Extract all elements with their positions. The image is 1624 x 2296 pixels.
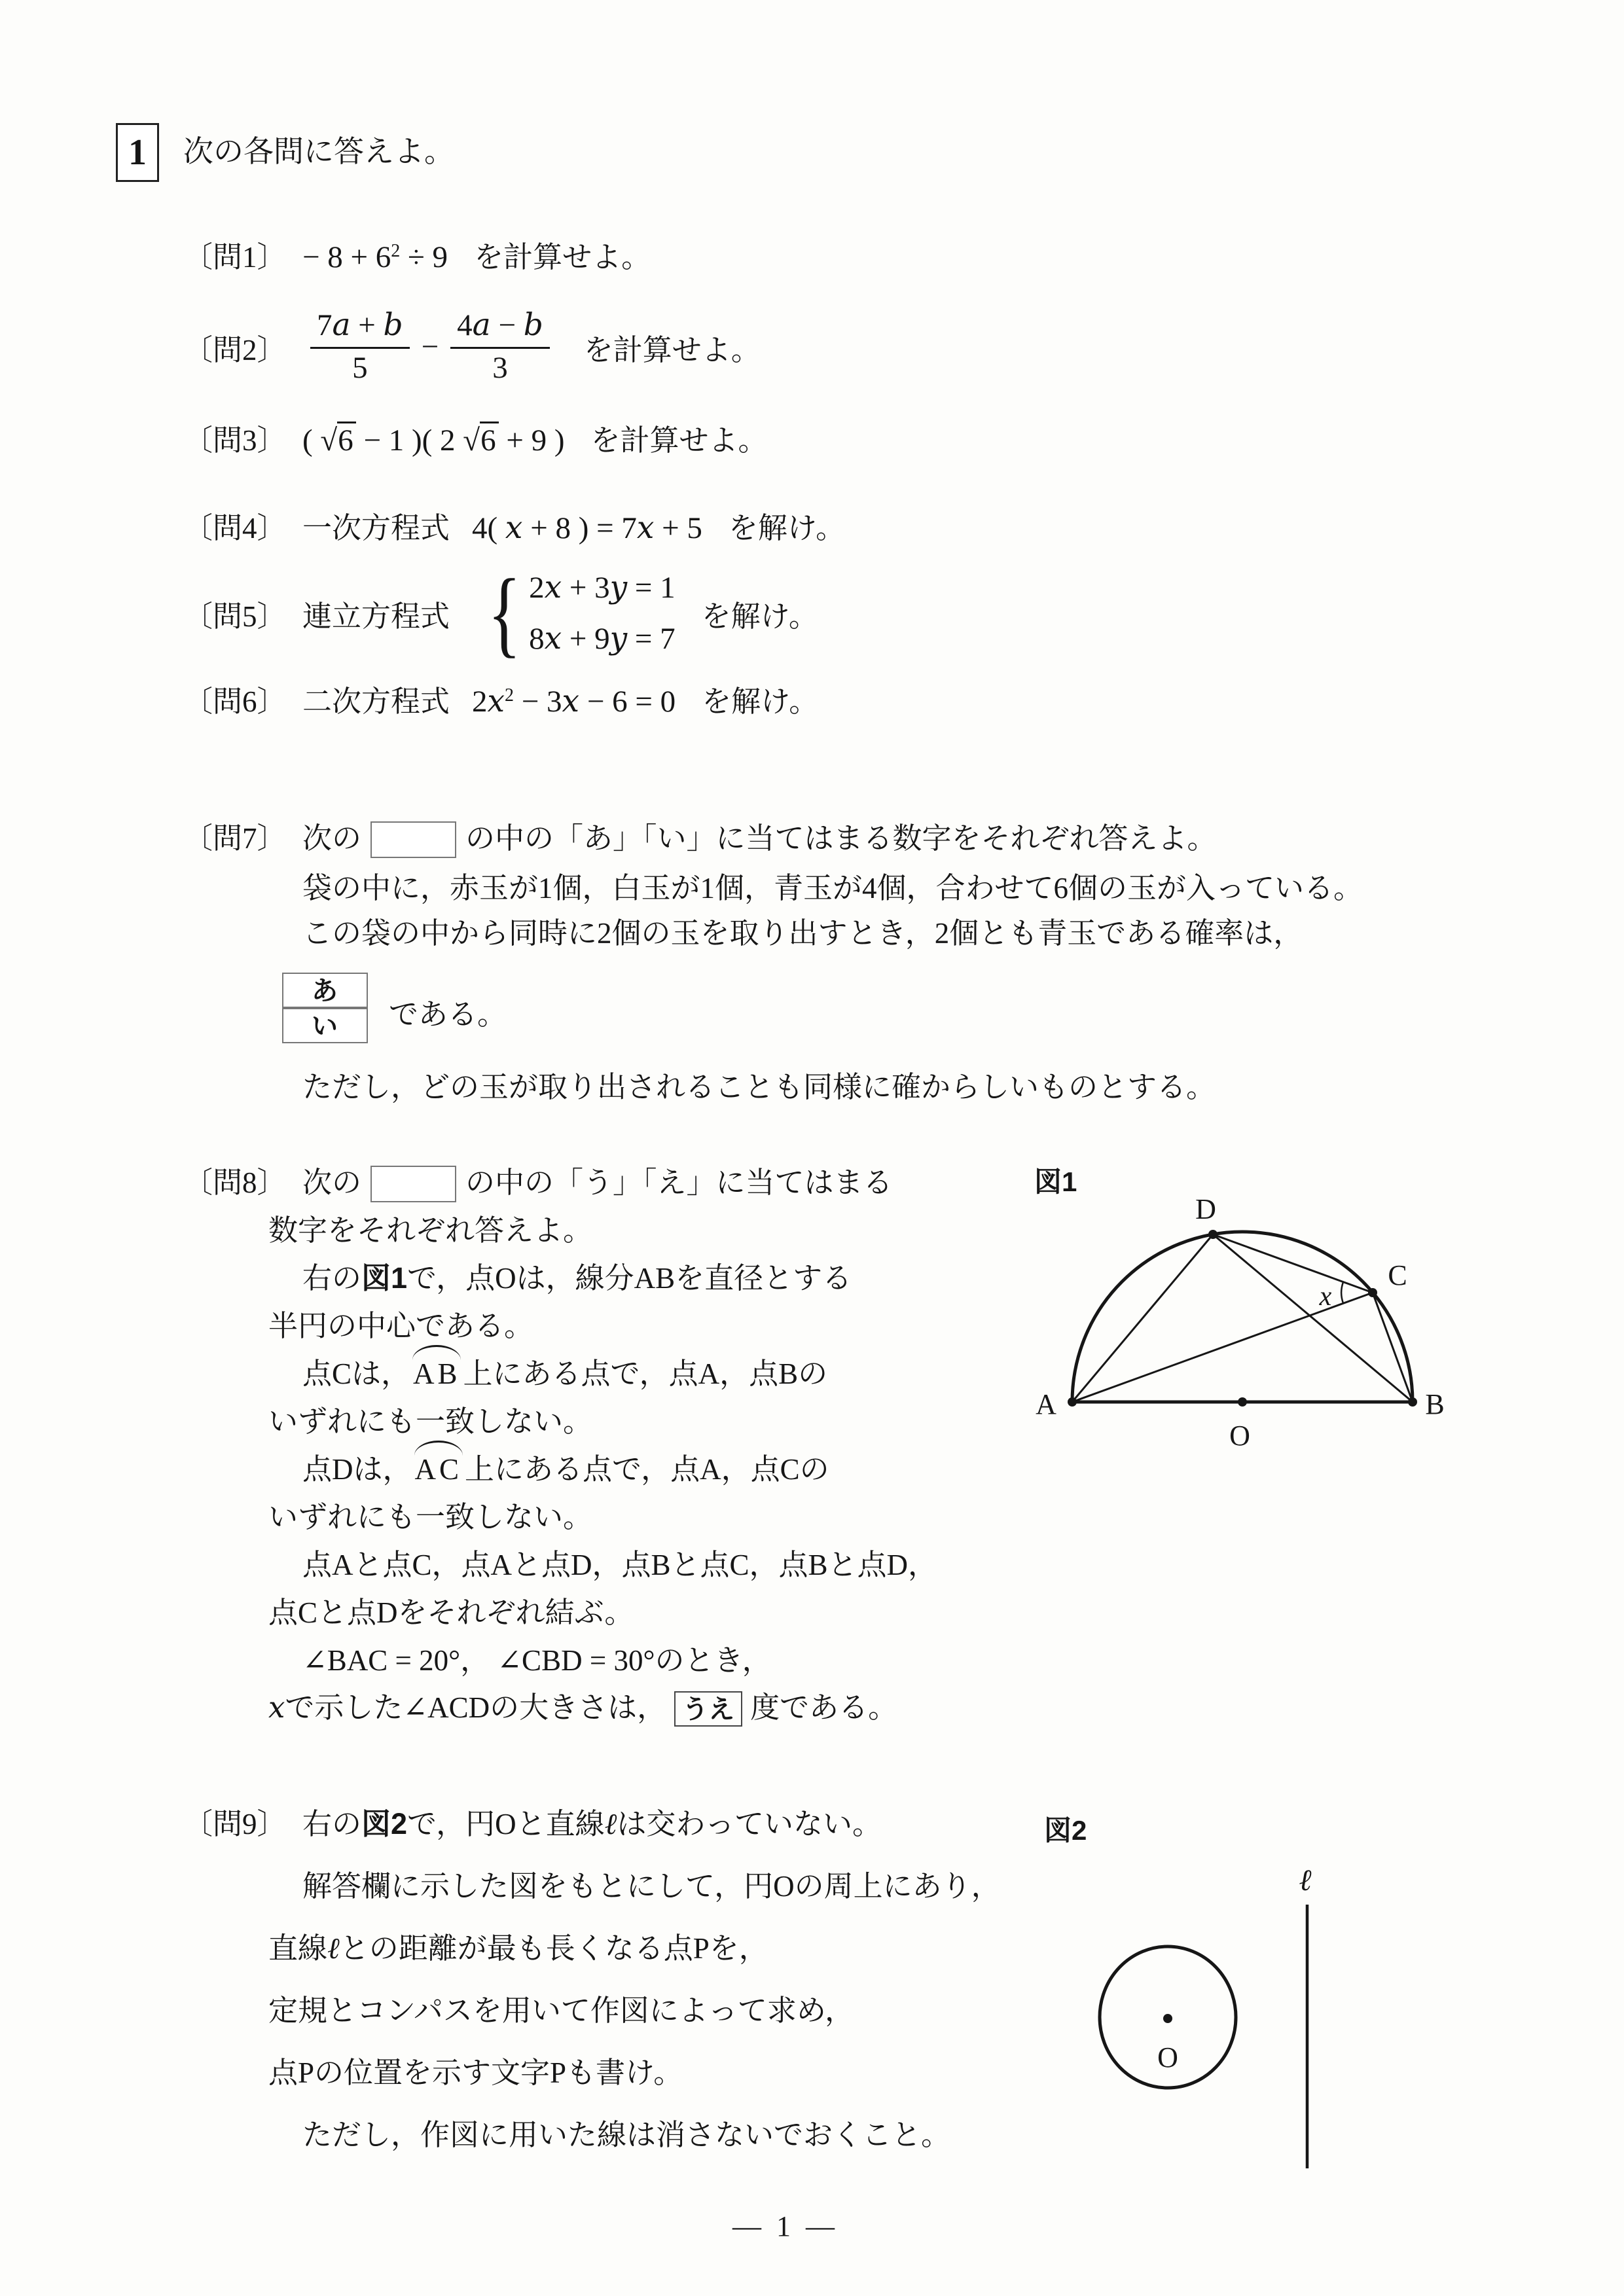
- q9-line-5: 点Pの位置を示す文字Pも書け。: [268, 2053, 683, 2093]
- q9-l3-pre: 直線: [268, 1932, 327, 1965]
- q2-fraction-1: 7a + b 5: [310, 308, 410, 385]
- q9-line-ell-symbol: ℓ: [605, 1806, 617, 1841]
- q4-label: 〔問4〕: [183, 507, 302, 549]
- q8-line-4: 半円の中心である。: [268, 1306, 533, 1346]
- q8-l5-pre: 点Cは，: [302, 1357, 410, 1390]
- q8-arc-AC-text: AC: [415, 1453, 463, 1486]
- q5-equation-2: 8x + 9y = 7: [529, 613, 676, 664]
- q7-answer-box-a: あ: [282, 973, 368, 1008]
- q2-n1-var-b: b: [384, 307, 403, 343]
- q2-n2-var-b: b: [524, 307, 543, 343]
- q8-l7-pre: 点Dは，: [302, 1453, 412, 1486]
- q8-answer-box-ue: うえ: [674, 1691, 742, 1727]
- point-A-dot: [1068, 1397, 1077, 1407]
- q1-expr-run2: ÷ 9: [400, 240, 448, 274]
- q8-l1-pre: 次の: [302, 1166, 361, 1199]
- q5-term: 連立方程式: [302, 592, 450, 635]
- point-B-dot: [1408, 1397, 1417, 1407]
- line-ell-label: ℓ: [1299, 1863, 1312, 1897]
- q3-mid-run: − 1 )( 2: [356, 423, 463, 457]
- q3-radicand-2: 6: [480, 422, 499, 457]
- q4-run2: + 8 ) = 7: [522, 511, 636, 545]
- q5-eq1-mid: + 3: [562, 571, 610, 605]
- chord-DC: [1213, 1234, 1373, 1293]
- q4-equation: 4( x + 8 ) = 7x + 5: [472, 511, 702, 545]
- q6-run3: − 6 = 0: [579, 685, 676, 719]
- q8-l7-post: 上にある点で，点A，点Cの: [465, 1453, 829, 1486]
- q6-run2: − 3: [514, 685, 562, 719]
- q3-radical-2: √: [463, 423, 480, 457]
- exam-page: 1 次の各問に答えよ。 〔問1〕− 8 + 62 ÷ 9を計算せよ。 〔問2〕 …: [0, 0, 1624, 2296]
- q3-instruction: を計算せよ。: [590, 424, 767, 457]
- q8-line-5: 点Cは，AB上にある点で，点A，点Bの: [302, 1354, 827, 1394]
- q3-radicand-1: 6: [337, 422, 356, 457]
- q8-line-9: 点Aと点C，点Aと点D，点Bと点C，点Bと点D，: [302, 1545, 937, 1585]
- q3-open-paren: (: [302, 423, 320, 457]
- q8-var-x: x: [268, 1690, 285, 1725]
- q9-line-3: 直線ℓとの距離が最も長くなる点Pを，: [268, 1928, 768, 1969]
- point-A-label: A: [1036, 1388, 1056, 1420]
- q9-line-2: 解答欄に示した図をもとにして，円Oの周上にあり，: [302, 1866, 1001, 1907]
- point-O-label: O: [1229, 1420, 1250, 1452]
- center-O-dot: [1163, 2014, 1172, 2023]
- arc-symbol: [412, 1345, 461, 1360]
- q5-eq1-var-x: x: [545, 569, 562, 605]
- q9-l1-mid: で，円Oと直線: [407, 1808, 605, 1840]
- q9-l3-ell-symbol: ℓ: [327, 1931, 340, 1965]
- q7-answer-box-i: い: [282, 1008, 368, 1043]
- q6-instruction: を解け。: [702, 685, 818, 718]
- q8-l3-pre: 右の: [302, 1262, 361, 1295]
- q2-instruction: を計算せよ。: [584, 326, 761, 368]
- q7-l1-pre: 次の: [302, 822, 361, 855]
- q2-n1-coef: 7: [317, 308, 333, 342]
- q7-dearu: である。: [389, 994, 507, 1035]
- q8-line-3: 右の図1で，点Oは，線分ABを直径とする: [302, 1258, 852, 1299]
- q2-frac2-numerator: 4a − b: [450, 308, 550, 349]
- figure2-circle-line-diagram: O ℓ: [1047, 1806, 1355, 2179]
- q5-eq2-rhs: = 7: [627, 622, 676, 656]
- q7-label: 〔問7〕: [183, 818, 302, 859]
- q5-equation-1: 2x + 3y = 1: [529, 562, 676, 613]
- q7-line-1: 〔問7〕次のの中の「あ」「い」に当てはまる数字をそれぞれ答えよ。: [183, 818, 1217, 859]
- q5-eq2-mid: + 9: [562, 622, 610, 656]
- q4-var-x2: x: [637, 510, 655, 546]
- q9-fig2-reference: 図2: [361, 1807, 407, 1840]
- q3-line: 〔問3〕( √6 − 1 )( 2 √6 + 9 )を計算せよ。: [183, 419, 768, 462]
- q5-eq2-coef1: 8: [529, 622, 545, 656]
- q5-eq1-rhs: = 1: [627, 571, 676, 605]
- q6-term: 二次方程式: [302, 685, 450, 718]
- q9-line-1: 〔問9〕右の図2で，円Oと直線ℓは交わっていない。: [183, 1804, 882, 1844]
- q7-l1-post: の中の「あ」「い」に当てはまる数字をそれぞれ答えよ。: [465, 822, 1217, 855]
- q8-line-1: 〔問8〕次のの中の「う」「え」に当てはまる: [183, 1162, 893, 1203]
- q8-line-12: xで示した∠ACDの大きさは，うえ度である。: [268, 1686, 897, 1729]
- q8-l3-post: で，点Oは，線分ABを直径とする: [407, 1262, 852, 1295]
- semicircle-arc: [1072, 1232, 1413, 1402]
- q2-n2-coef: 4: [457, 308, 473, 342]
- q5-eq2-var-y: y: [610, 620, 628, 656]
- q7-line-4: ただし，どの玉が取り出されることも同様に確からしいものとする。: [302, 1067, 1216, 1107]
- q8-line-11: ∠BAC = 20°， ∠CBD = 30°のとき，: [302, 1640, 772, 1681]
- q4-instruction: を解け。: [729, 512, 845, 545]
- q5-eq2-var-x: x: [545, 620, 562, 656]
- q6-exponent: 2: [505, 685, 514, 706]
- q5-line: 〔問5〕 連立方程式 { 2x + 3y = 1 8x + 9y = 7 を解け…: [183, 560, 818, 666]
- q2-n1-var-a: a: [333, 307, 351, 343]
- q8-arc-AB-text: AB: [413, 1357, 461, 1390]
- q2-n2-op: −: [491, 308, 524, 342]
- q6-var-x1: x: [488, 683, 505, 719]
- q4-run1: 4(: [472, 511, 505, 545]
- q8-l12-mid: で示した∠ACDの大きさは，: [285, 1691, 666, 1724]
- q4-run3: + 5: [654, 511, 702, 545]
- point-C-label: C: [1388, 1259, 1407, 1291]
- q1-expression: − 8 + 62 ÷ 9: [302, 240, 448, 274]
- point-D-label: D: [1195, 1193, 1216, 1225]
- q2-label: 〔問2〕: [183, 326, 302, 368]
- q9-l3-post: との距離が最も長くなる点Pを，: [340, 1932, 768, 1965]
- q1-label: 〔問1〕: [183, 236, 302, 278]
- q5-equations: 2x + 3y = 1 8x + 9y = 7: [529, 562, 676, 664]
- q2-n2-var-a: a: [473, 307, 491, 343]
- point-D-dot: [1208, 1230, 1218, 1239]
- q6-label: 〔問6〕: [183, 681, 302, 723]
- q3-expression: ( √6 − 1 )( 2 √6 + 9 ): [302, 422, 564, 457]
- q8-line-6: いずれにも一致しない。: [268, 1401, 592, 1442]
- q6-line: 〔問6〕二次方程式2x2 − 3x − 6 = 0を解け。: [183, 675, 818, 717]
- q7-line-2: 袋の中に，赤玉が1個，白玉が1個，青玉が4個，合わせて6個の玉が入っている。: [302, 868, 1363, 908]
- q9-l1-end: は交わっていない。: [617, 1808, 882, 1840]
- q2-frac1-denominator: 5: [310, 349, 410, 386]
- q8-line-7: 点Dは，AC上にある点で，点A，点Cの: [302, 1449, 829, 1490]
- q8-line-10: 点Cと点Dをそれぞれ結ぶ。: [268, 1592, 634, 1633]
- q6-equation: 2x2 − 3x − 6 = 0: [472, 685, 676, 719]
- q5-eq1-coef1: 2: [529, 571, 545, 605]
- q4-var-x1: x: [505, 510, 523, 546]
- page-number: — 1 —: [668, 2207, 903, 2246]
- q2-minus-operator: −: [422, 329, 439, 365]
- q5-system-brace: {: [488, 565, 521, 662]
- q4-line: 〔問4〕一次方程式4( x + 8 ) = 7x + 5を解け。: [183, 507, 845, 549]
- q5-eq1-var-y: y: [610, 569, 628, 605]
- q2-fraction-2: 4a − b 3: [450, 308, 550, 385]
- q8-l5-post: 上にある点で，点A，点Bの: [463, 1357, 828, 1390]
- q7-blank-box: [370, 821, 456, 858]
- q8-l1-post: の中の「う」「え」に当てはまる: [465, 1166, 893, 1199]
- q2-line: 〔問2〕 7a + b 5 − 4a − b 3 を計算せよ。: [183, 302, 761, 391]
- q8-l12-end: 度である。: [750, 1691, 897, 1724]
- q3-end-run: + 9 ): [499, 423, 565, 457]
- point-O-dot: [1238, 1397, 1247, 1407]
- q1-expr-run: − 8 + 6: [302, 240, 391, 274]
- q5-label: 〔問5〕: [183, 592, 302, 635]
- section-number-box: 1: [116, 123, 159, 182]
- q9-l1-pre: 右の: [302, 1808, 361, 1840]
- q6-coef: 2: [472, 685, 488, 719]
- q3-radical-1: √: [320, 423, 337, 457]
- angle-x-label: x: [1319, 1282, 1332, 1312]
- point-C-dot: [1368, 1288, 1377, 1297]
- angle-x-arc: [1341, 1282, 1343, 1304]
- q9-line-6: ただし，作図に用いた線は消さないでおくこと。: [302, 2115, 950, 2155]
- q2-frac1-numerator: 7a + b: [310, 308, 410, 349]
- q8-blank-box: [370, 1166, 456, 1202]
- figure1-semicircle-diagram: A B O D C x: [969, 1158, 1545, 1479]
- arc-symbol: [414, 1441, 463, 1456]
- q6-var-x2: x: [562, 683, 580, 719]
- center-O-label: O: [1157, 2041, 1178, 2073]
- q9-line-4: 定規とコンパスを用いて作図によって求め，: [268, 1990, 854, 2031]
- q2-frac2-denominator: 3: [450, 349, 550, 386]
- q8-label: 〔問8〕: [183, 1162, 302, 1203]
- q8-fig1-reference: 図1: [361, 1261, 407, 1295]
- q7-line-3: この袋の中から同時に2個の玉を取り出すとき，2個とも青玉である確率は，: [302, 913, 1303, 954]
- point-B-label: B: [1425, 1388, 1444, 1420]
- q8-arc-AB: AB: [410, 1354, 463, 1394]
- q8-line-2: 数字をそれぞれ答えよ。: [268, 1210, 592, 1251]
- q1-instruction: を計算せよ。: [474, 241, 651, 274]
- section-title: 次の各問に答えよ。: [183, 131, 454, 173]
- q9-label: 〔問9〕: [183, 1804, 302, 1844]
- q8-line-8: いずれにも一致しない。: [268, 1497, 592, 1537]
- q1-line: 〔問1〕− 8 + 62 ÷ 9を計算せよ。: [183, 230, 651, 272]
- q7-answer-fraction: あ い: [269, 973, 380, 1043]
- q5-instruction: を解け。: [702, 592, 818, 635]
- q2-n1-op: +: [351, 308, 384, 342]
- q4-term: 一次方程式: [302, 512, 450, 545]
- q8-arc-AC: AC: [412, 1449, 465, 1490]
- q1-exponent: 2: [391, 241, 400, 261]
- q3-label: 〔問3〕: [183, 419, 302, 462]
